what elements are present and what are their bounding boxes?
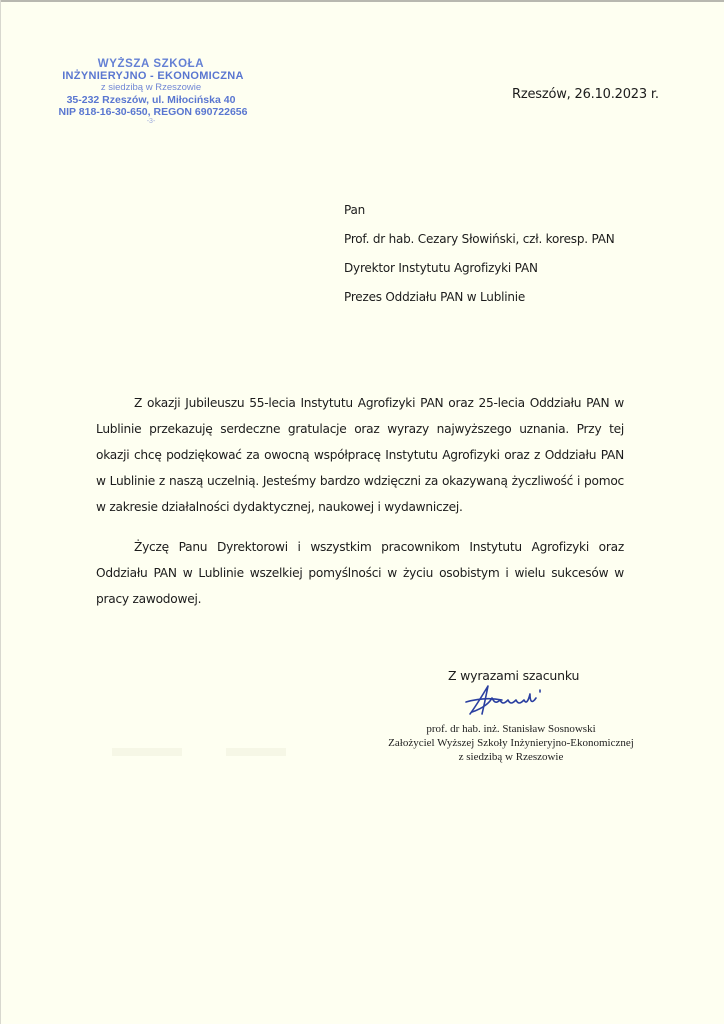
addressee-position-2: Prezes Oddziału PAN w Lublinie (344, 289, 615, 318)
addressee-block: Pan Prof. dr hab. Cezary Słowiński, czł.… (344, 202, 615, 318)
institution-stamp: WYŻSZA SZKOŁA INŻYNIERYJNO - EKONOMICZNA… (36, 58, 266, 126)
stamp-line-ids: NIP 818-16-30-650, REGON 690722656 (40, 106, 266, 118)
addressee-salutation: Pan (344, 202, 615, 231)
stamp-line-school: WYŻSZA SZKOŁA (36, 58, 266, 70)
paragraph-congratulations: Z okazji Jubileuszu 55-lecia Instytutu A… (96, 390, 624, 520)
addressee-name: Prof. dr hab. Cezary Słowiński, czł. kor… (344, 231, 615, 260)
signer-role: Założyciel Wyższej Szkoły Inżynieryjno-E… (386, 736, 636, 750)
paragraph-wishes: Życzę Panu Dyrektorowi i wszystkim praco… (96, 534, 624, 612)
signature-icon (462, 680, 582, 720)
handwritten-signature (462, 680, 582, 724)
signer-name: prof. dr hab. inż. Stanisław Sosnowski (386, 722, 636, 736)
signer-location: z siedzibą w Rzeszowie (386, 750, 636, 764)
addressee-position: Dyrektor Instytutu Agrofizyki PAN (344, 260, 615, 289)
stamp-line-number: -3- (36, 118, 266, 126)
page-left-edge (0, 0, 1, 1024)
letter-body: Z okazji Jubileuszu 55-lecia Instytutu A… (96, 390, 624, 612)
stamp-line-address: 35-232 Rzeszów, ul. Miłocińska 40 (36, 94, 266, 106)
stamp-line-seat: z siedzibą w Rzeszowie (36, 82, 266, 94)
signer-block: prof. dr hab. inż. Stanisław Sosnowski Z… (386, 722, 636, 764)
place-and-date: Rzeszów, 26.10.2023 r. (512, 87, 659, 102)
faint-bleed-through (226, 748, 286, 756)
faint-bleed-through (112, 748, 182, 756)
stamp-line-name: INŻYNIERYJNO - EKONOMICZNA (40, 70, 266, 82)
page-top-edge (0, 0, 724, 2)
